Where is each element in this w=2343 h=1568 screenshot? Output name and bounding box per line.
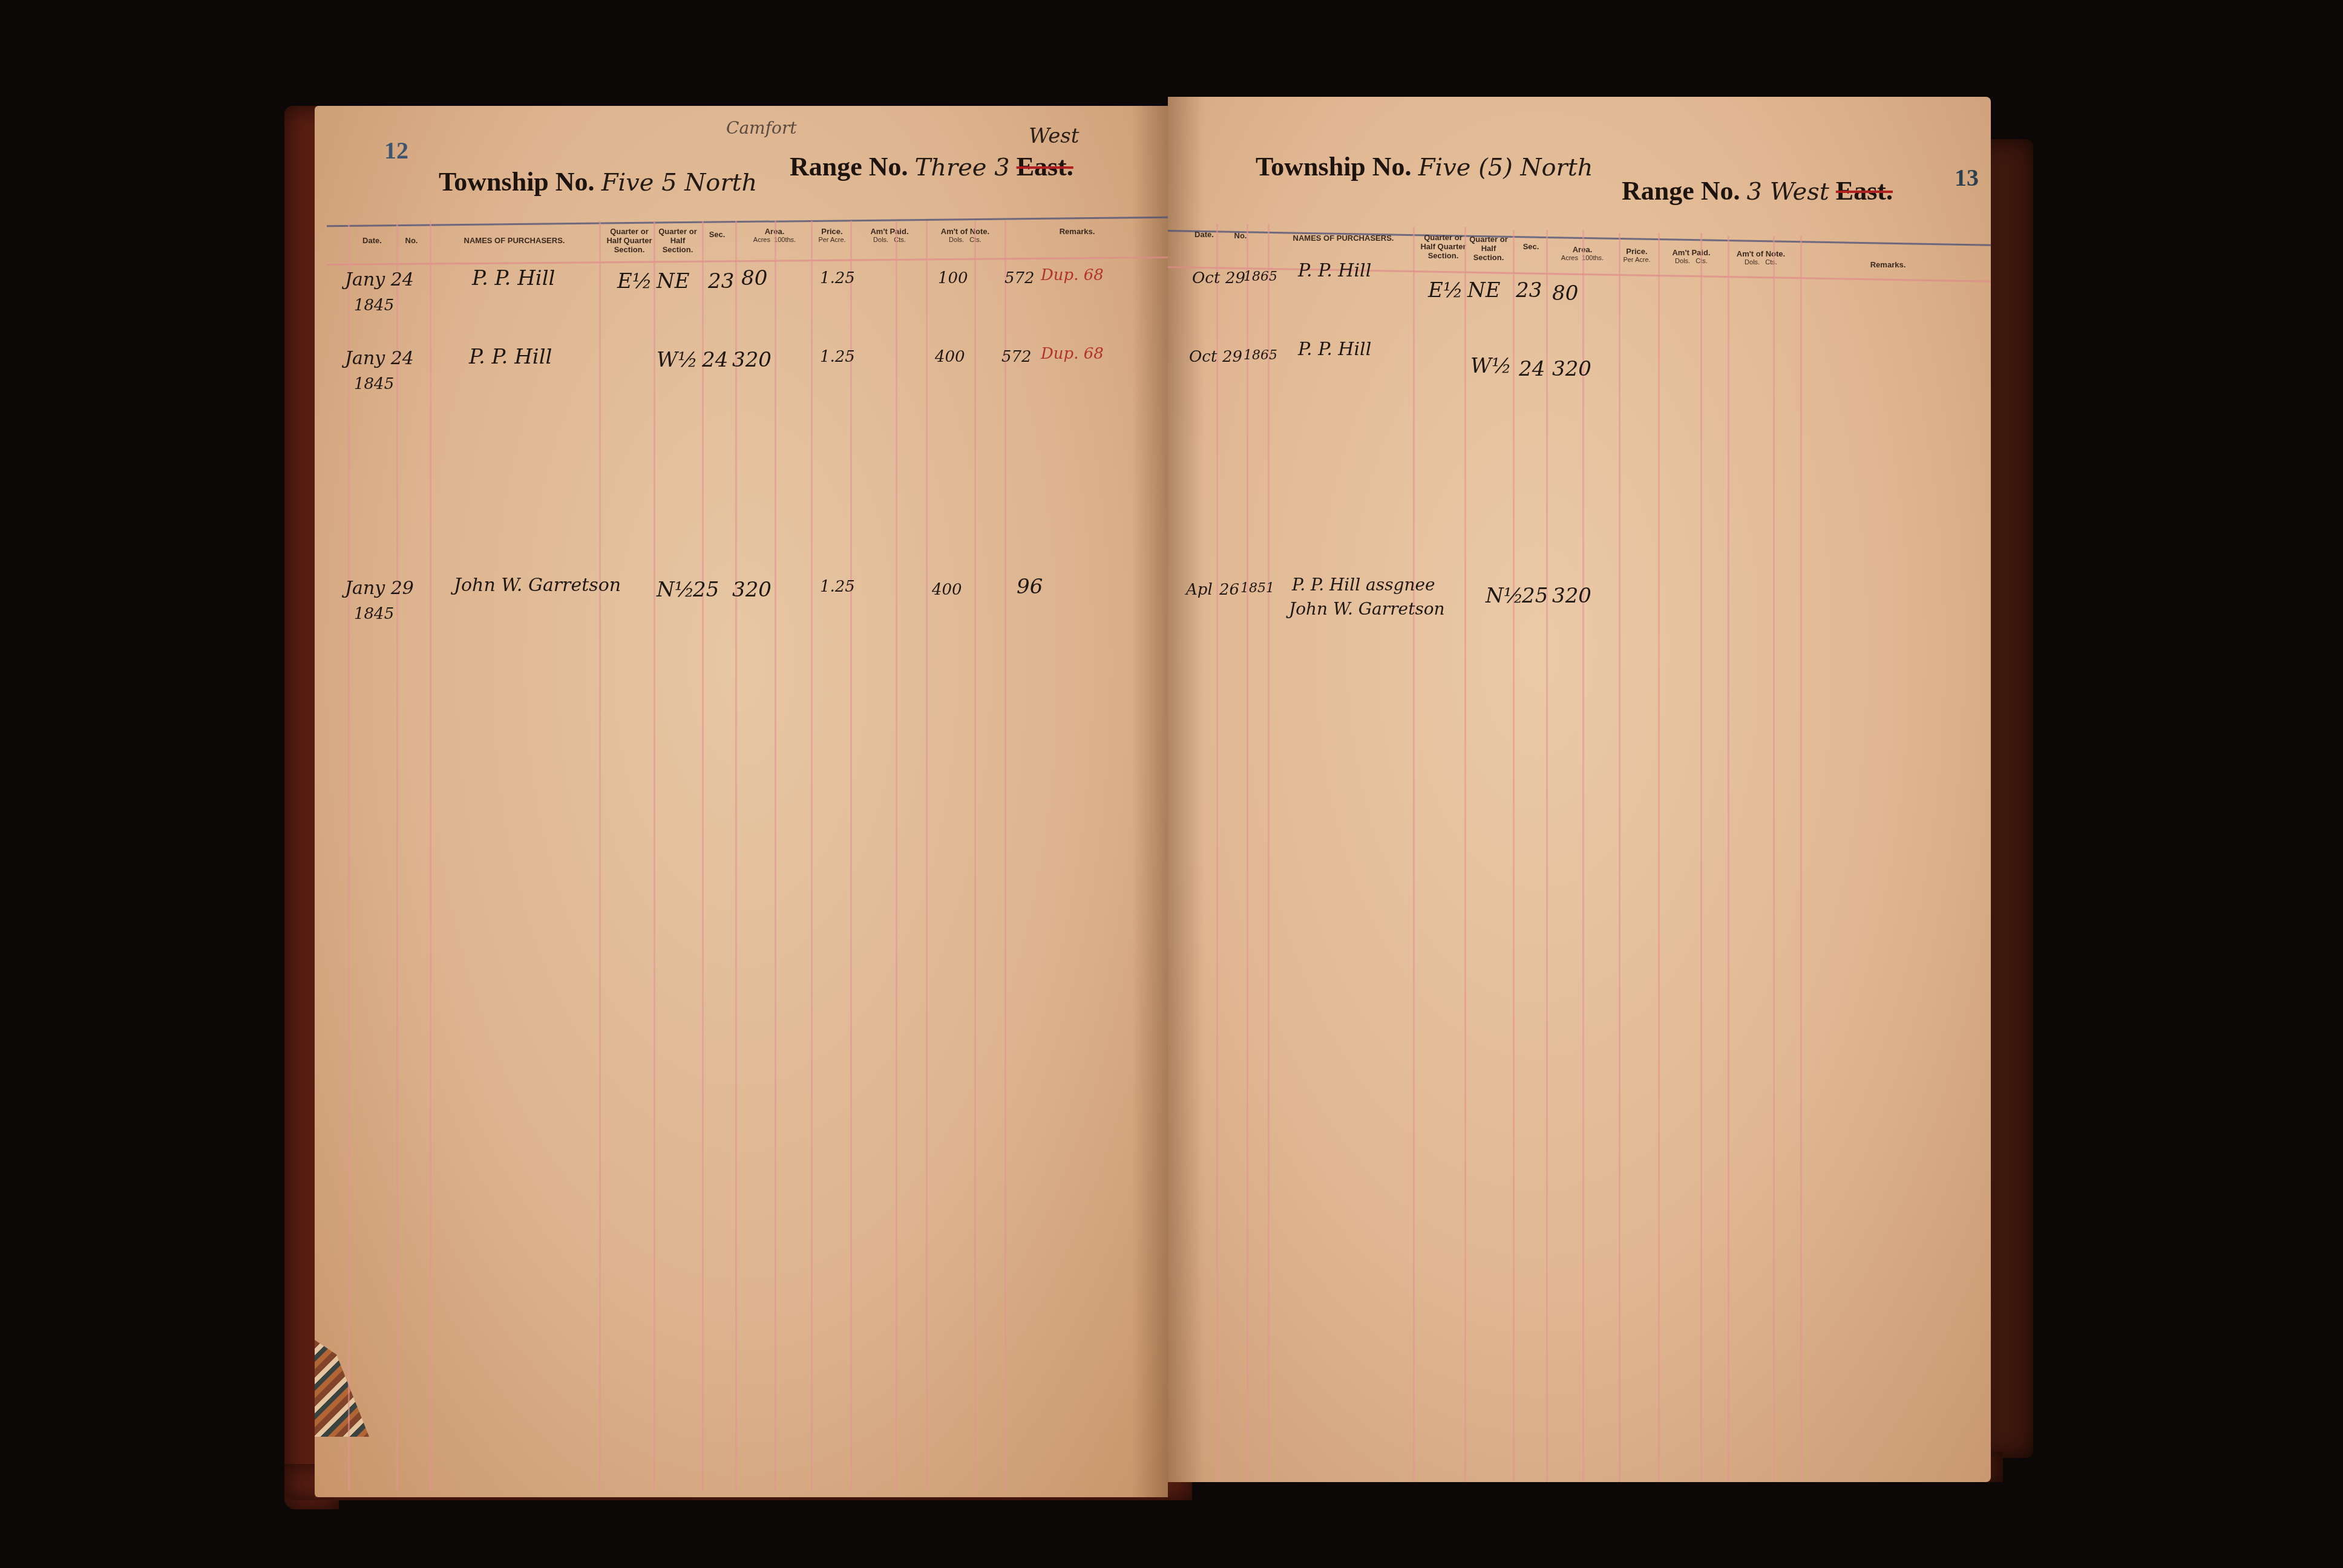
col-note: Am't of Note. Dols. Cts. [1728, 249, 1794, 267]
col-sec: Sec. [1516, 242, 1546, 251]
col-divider [1700, 233, 1702, 1482]
col-remarks: Remarks. [1827, 260, 1948, 269]
col-divider [1268, 224, 1270, 1482]
col-qh: Quarter or Half Section. [657, 227, 699, 254]
col-divider [1464, 227, 1466, 1482]
col-paid: Am't Paid. Dols. Cts. [853, 227, 926, 245]
col-no: No. [1228, 231, 1253, 240]
col-divider [974, 221, 976, 1491]
col-divider [1004, 221, 1006, 1491]
range-value: 3 West [1747, 178, 1829, 206]
page-number: 13 [1955, 163, 1979, 192]
range-label: Range No. [790, 152, 908, 181]
header-range: Range No. Three 3 East. [790, 151, 1073, 182]
header-township: Township No. Five 5 North [439, 166, 757, 197]
township-label: Township No. [1256, 152, 1412, 181]
ledger-page-right: 13 Township No. Five (5) North Range No.… [1168, 97, 1991, 1482]
col-divider [396, 221, 398, 1491]
range-label: Range No. [1622, 176, 1740, 206]
header-township: Township No. Five (5) North [1256, 151, 1593, 182]
col-divider [926, 221, 928, 1491]
col-divider [1247, 224, 1248, 1482]
col-date: Date. [351, 236, 393, 245]
col-divider [1658, 233, 1660, 1482]
col-names: NAMES OF PURCHASERS. [1271, 234, 1416, 243]
col-divider [348, 221, 350, 1491]
township-annotation: Camfort [726, 118, 797, 138]
col-divider [654, 221, 655, 1491]
col-price: Price. Per Acre. [814, 227, 850, 245]
col-divider [1513, 230, 1515, 1482]
col-divider [1728, 236, 1729, 1482]
col-divider [850, 221, 852, 1491]
col-divider [1773, 236, 1775, 1482]
header-range: Range No. 3 West East. [1622, 175, 1893, 206]
range-value: Three 3 [915, 154, 1010, 181]
col-divider [599, 221, 601, 1491]
col-divider [430, 221, 431, 1491]
township-value: Five (5) North [1418, 154, 1593, 181]
col-divider [1582, 230, 1584, 1482]
col-divider [1413, 227, 1415, 1482]
page-number: 12 [384, 136, 408, 165]
col-note: Am't of Note. Dols. Cts. [929, 227, 1001, 245]
col-divider [811, 221, 813, 1491]
col-names: NAMES OF PURCHASERS. [436, 236, 593, 245]
direction-printed: East. [1836, 176, 1893, 206]
col-paid: Am't Paid. Dols. Cts. [1658, 248, 1725, 266]
township-value: Five 5 North [601, 169, 758, 197]
col-sec: Sec. [702, 230, 732, 239]
col-qhq: Quarter or Half Quarter Section. [605, 227, 654, 254]
col-no: No. [399, 236, 424, 245]
ledger-page-left: 12 Camfort West Township No. Five 5 Nort… [315, 106, 1168, 1497]
col-divider [775, 221, 776, 1491]
header-bottom-rule [327, 256, 1168, 266]
col-qh: Quarter or Half Section. [1467, 235, 1510, 262]
header-rule [327, 217, 1168, 227]
col-divider [735, 221, 737, 1491]
col-qhq: Quarter or Half Quarter Section. [1419, 233, 1467, 260]
direction-handwritten: West [1029, 124, 1079, 148]
col-price: Price. Per Acre. [1619, 247, 1655, 265]
township-label: Township No. [439, 167, 595, 197]
col-divider [896, 221, 897, 1491]
col-divider [1800, 236, 1802, 1482]
col-remarks: Remarks. [1011, 227, 1144, 236]
direction-printed: East. [1017, 152, 1073, 181]
col-divider [1216, 224, 1218, 1482]
marbled-endpaper-corner [315, 1340, 369, 1437]
spine-shadow [1168, 97, 1204, 1482]
spine-shadow [1132, 106, 1168, 1497]
col-divider [1546, 230, 1548, 1482]
col-divider [1619, 233, 1620, 1482]
col-divider [702, 221, 704, 1491]
